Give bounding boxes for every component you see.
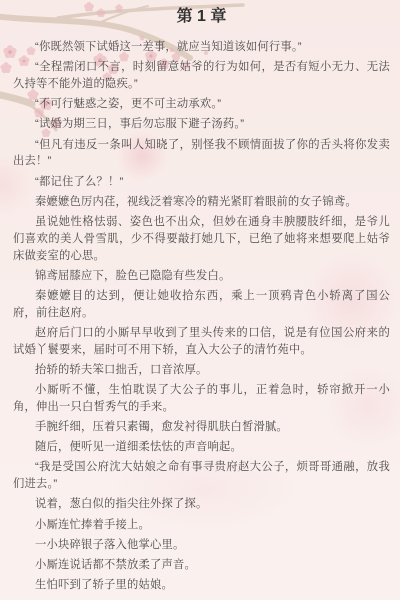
novel-paragraph: “都记住了么？！”: [13, 174, 390, 191]
chapter-title: 第 1 章: [13, 7, 390, 27]
novel-paragraph: 小厮连忙捧着手接上。: [13, 517, 390, 534]
reading-page[interactable]: 第 1 章 “你既然领下试婚这一差事，就应当知道该如何行事。” “全程需闭口不言…: [0, 0, 400, 600]
novel-paragraph: 小厮听不懂，生怕耽误了大公子的事儿，正着急时，轿帘掀开一小角，伸出一只白皙秀气的…: [13, 382, 390, 416]
novel-paragraph: “我是受国公府沈大姑娘之命有事寻贵府赵大公子，烦哥哥通融，放我们进去。”: [13, 459, 390, 493]
novel-paragraph: 秦嬷嬷目的达到，便让她收拾东西，乘上一顶鸦青色小轿离了国公府，前往赵府。: [13, 288, 390, 322]
novel-paragraph: 虽说她性格怯弱、姿色也不出众，但妙在通身丰腴腰肢纤细，是爷儿们喜欢的美人骨雪肌，…: [13, 214, 390, 264]
novel-paragraph: 抬轿的轿夫笨口拙舌，口音浓厚。: [13, 362, 390, 379]
chapter-content: 第 1 章 “你既然领下试婚这一差事，就应当知道该如何行事。” “全程需闭口不言…: [13, 7, 390, 597]
novel-paragraph: “全程需闭口不言，时刻留意姑爷的行为如何，是否有短小无力、无法久持等不能外道的隐…: [13, 59, 390, 93]
novel-paragraph: 锦鸢屈膝应下，脸色已隐隐有些发白。: [13, 268, 390, 285]
novel-paragraph: 手腕纤细，压着只素镯，愈发衬得肌肤白皙滑腻。: [13, 419, 390, 436]
novel-paragraph: 赵府后门口的小厮早早收到了里头传来的口信，说是有位国公府来的试婚丫鬟要来，届时可…: [13, 325, 390, 359]
novel-paragraph: 一小块碎银子落入他掌心里。: [13, 537, 390, 554]
novel-paragraph: 生怕吓到了轿子里的姑娘。: [13, 577, 390, 594]
novel-paragraph: 随后，便听见一道细柔怯怯的声音响起。: [13, 439, 390, 456]
novel-paragraph: “你既然领下试婚这一差事，就应当知道该如何行事。”: [13, 39, 390, 56]
novel-paragraph: “试婚为期三日，事后勿忘服下避子汤药。”: [13, 116, 390, 133]
novel-paragraph: 说着，葱白似的指尖往外探了探。: [13, 496, 390, 513]
novel-paragraph: 小厮连说话都不禁放柔了声音。: [13, 557, 390, 574]
novel-paragraph: “但凡有违反一条叫人知晓了，别怪我不顾情面拔了你的舌头将你发卖出去！”: [13, 137, 390, 171]
novel-paragraph: 秦嬷嬷色厉内荏，视线泛着寒冷的精光紧盯着眼前的女子锦鸢。: [13, 194, 390, 211]
novel-paragraph: “不可行魅惑之姿，更不可主动承欢。”: [13, 96, 390, 113]
